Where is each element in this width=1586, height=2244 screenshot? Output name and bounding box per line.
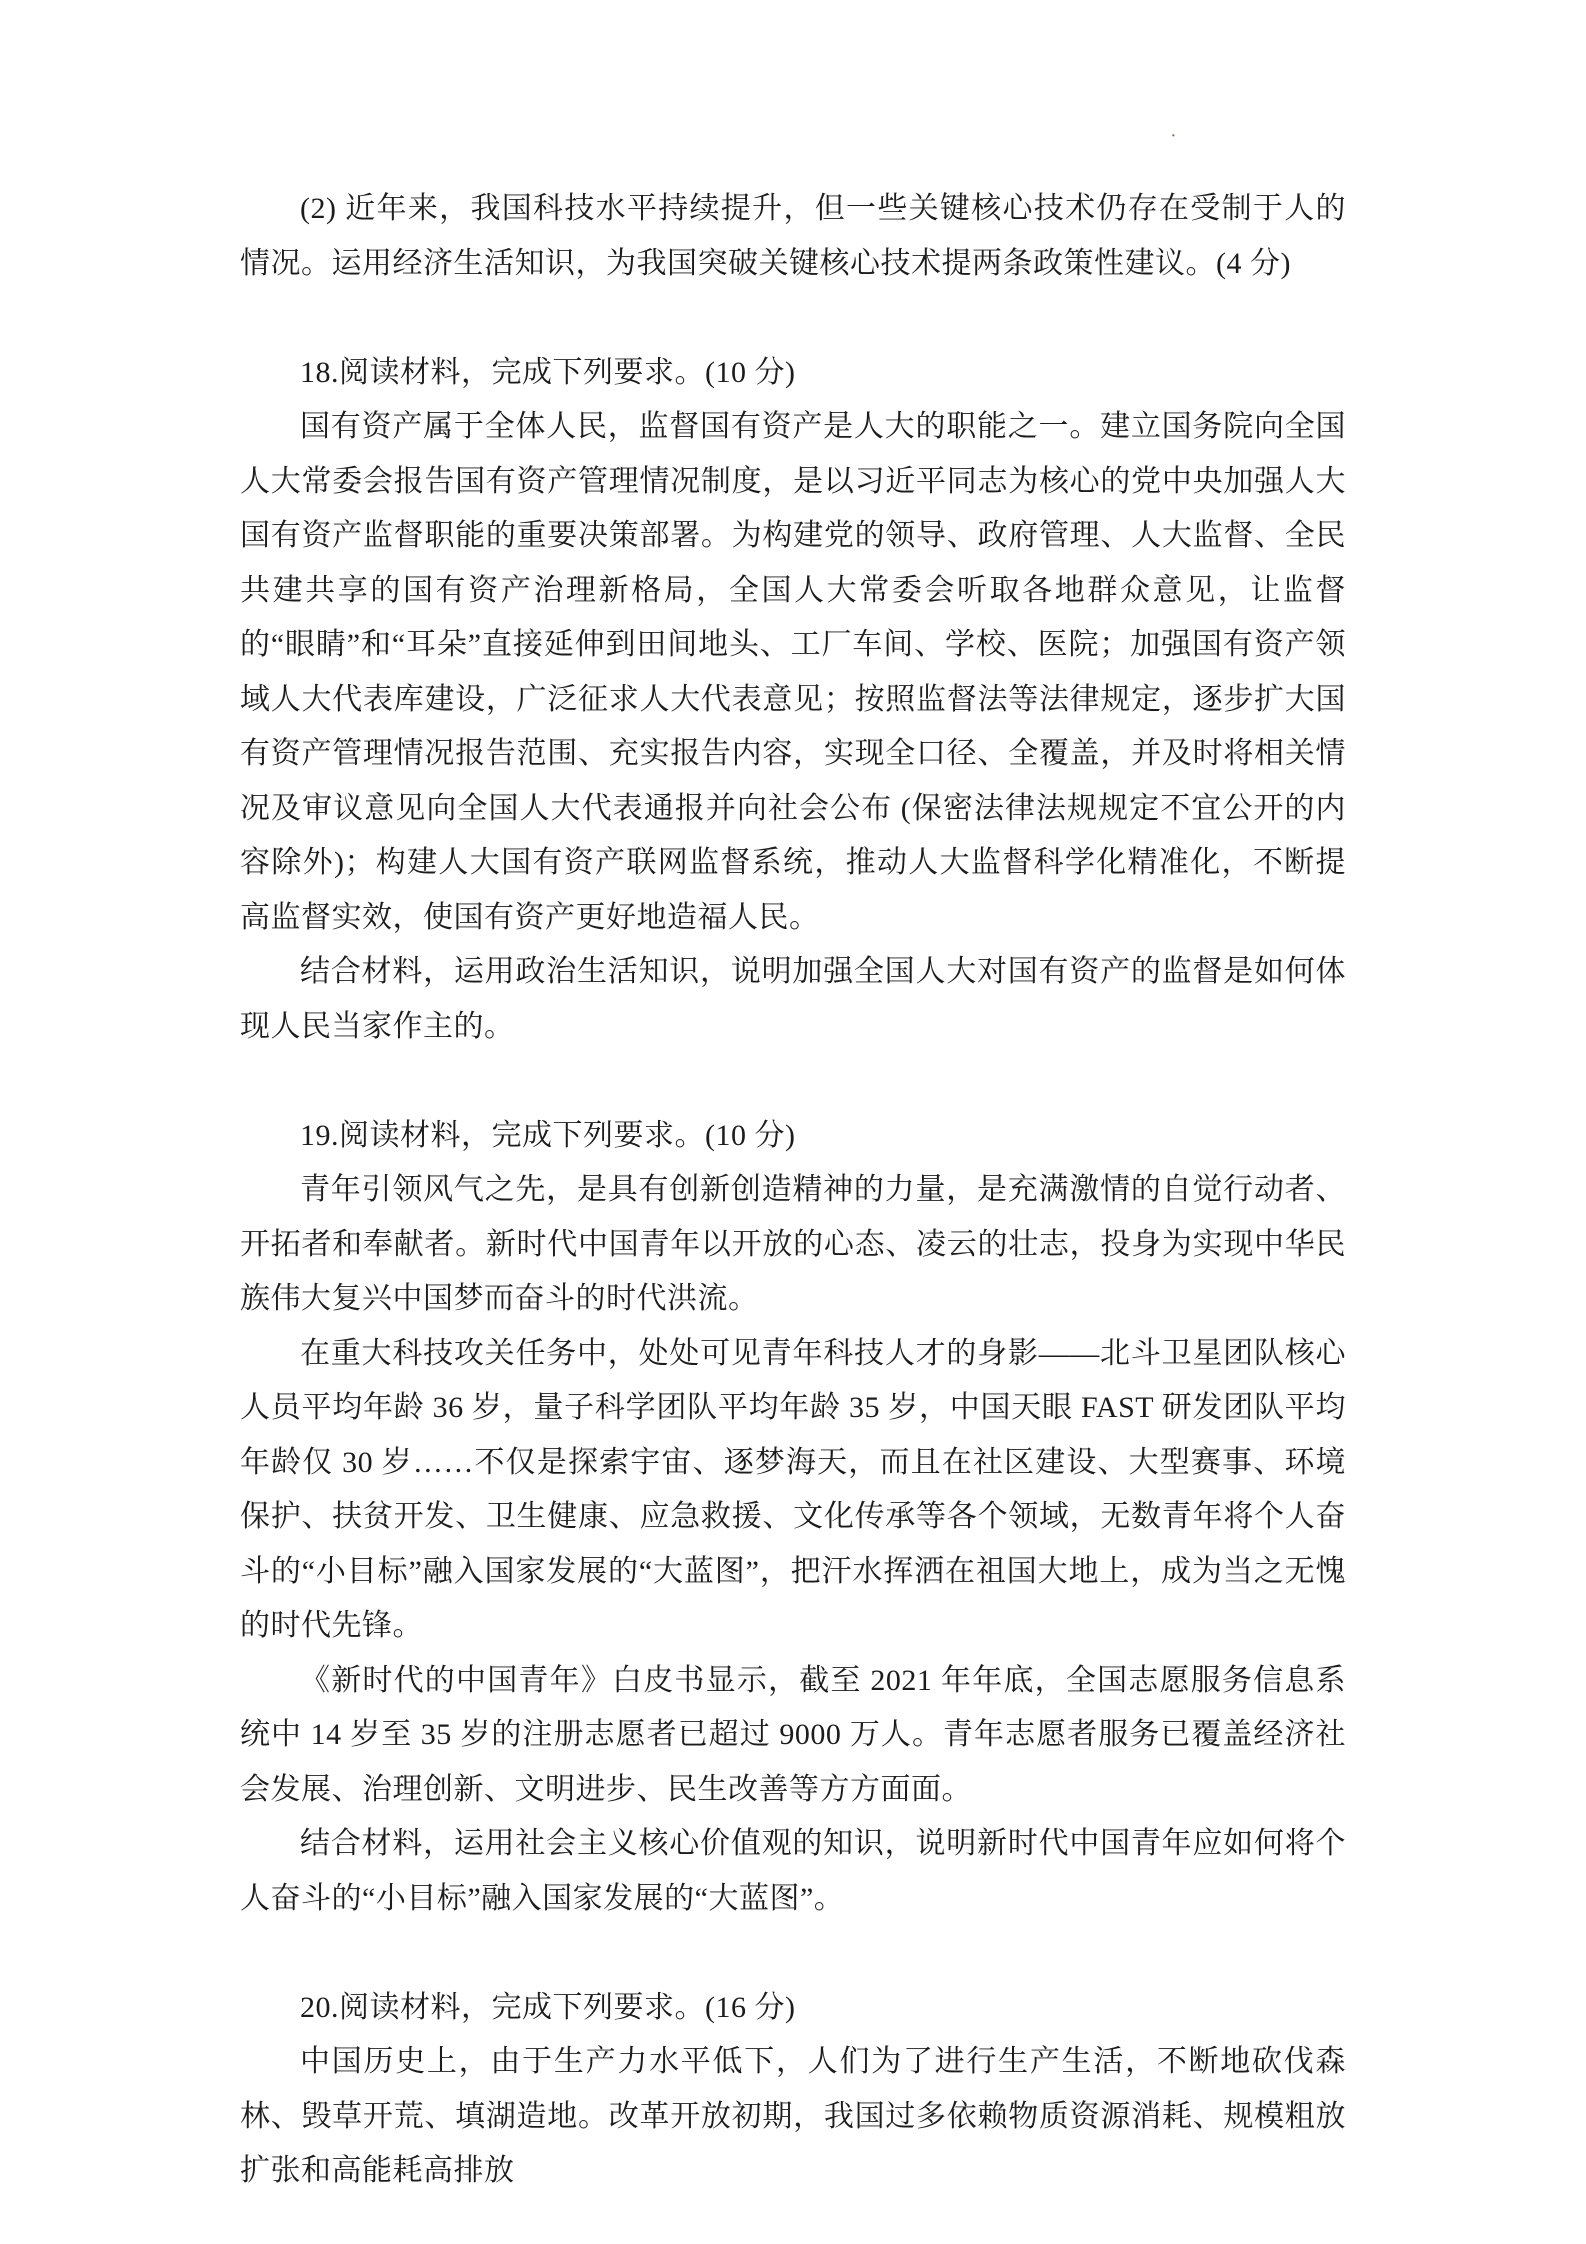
question-20-material-paragraph: 中国历史上，由于生产力水平低下，人们为了进行生产生活，不断地砍伐森林、毁草开荒、… xyxy=(240,2035,1346,2199)
stray-ink-dot: · xyxy=(1170,126,1177,146)
question-17-part2-paragraph: (2) 近年来，我国科技水平持续提升，但一些关键核心技术仍存在受制于人的情况。运… xyxy=(240,182,1346,291)
document-body: (2) 近年来，我国科技水平持续提升，但一些关键核心技术仍存在受制于人的情况。运… xyxy=(240,182,1346,2199)
question-18-task-paragraph: 结合材料，运用政治生活知识，说明加强全国人大对国有资产的监督是如何体现人民当家作… xyxy=(240,945,1346,1054)
question-18-material-paragraph: 国有资产属于全体人民，监督国有资产是人大的职能之一。建立国务院向全国人大常委会报… xyxy=(240,400,1346,945)
question-19-task-paragraph: 结合材料，运用社会主义核心价值观的知识，说明新时代中国青年应如何将个人奋斗的“小… xyxy=(240,1817,1346,1926)
question-19-material-paragraph-3: 《新时代的中国青年》白皮书显示，截至 2021 年年底，全国志愿服务信息系统中 … xyxy=(240,1654,1346,1818)
question-19-material-paragraph-2: 在重大科技攻关任务中，处处可见青年科技人才的身影——北斗卫星团队核心人员平均年龄… xyxy=(240,1327,1346,1654)
question-19-material-paragraph-1: 青年引领风气之先，是具有创新创造精神的力量，是充满激情的自觉行动者、开拓者和奉献… xyxy=(240,1163,1346,1327)
question-20-heading: 20.阅读材料，完成下列要求。(16 分) xyxy=(240,1981,1346,2036)
question-18-heading: 18.阅读材料，完成下列要求。(10 分) xyxy=(240,346,1346,401)
question-19-heading: 19.阅读材料，完成下列要求。(10 分) xyxy=(240,1109,1346,1164)
exam-page: · (2) 近年来，我国科技水平持续提升，但一些关键核心技术仍存在受制于人的情况… xyxy=(0,0,1586,2244)
